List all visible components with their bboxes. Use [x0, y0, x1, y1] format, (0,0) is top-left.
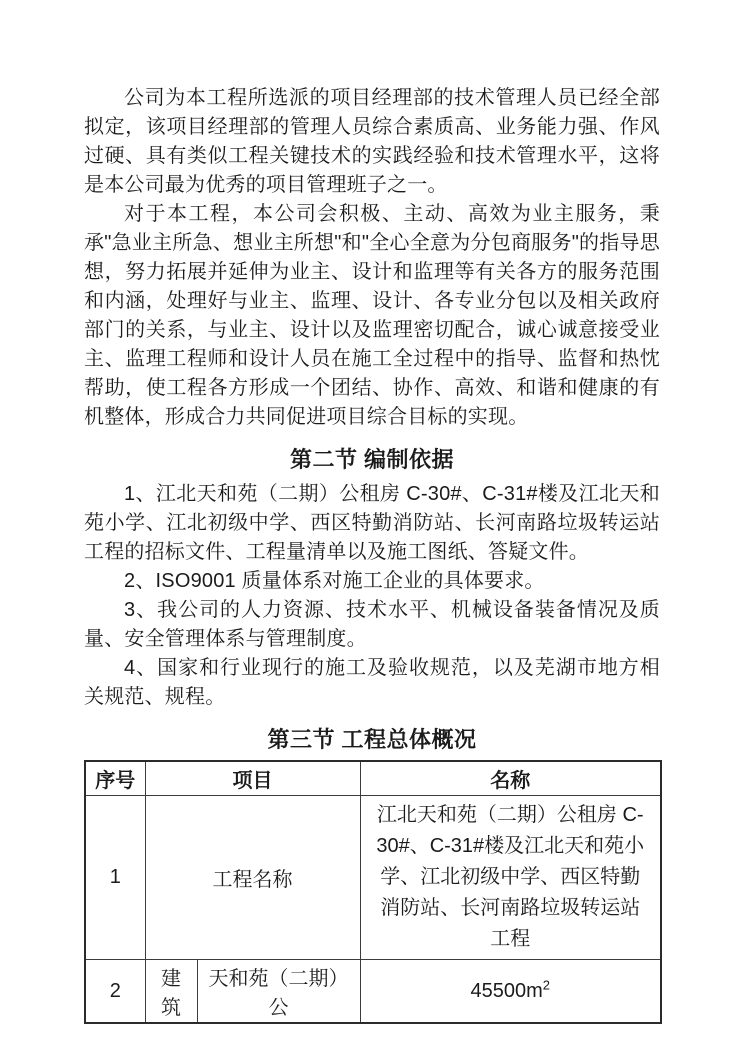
paragraph-owner-service: 对于本工程，本公司会积极、主动、高效为业主服务，秉承"急业主所急、想业主所想"和…: [84, 200, 660, 432]
row2-area-cell: 45500m2: [360, 960, 661, 1024]
section-2-heading: 第二节 编制依据: [84, 445, 660, 475]
header-cell-item: 项目: [145, 761, 360, 796]
header-cell-no: 序号: [85, 761, 145, 796]
table-row: 1 工程名称 江北天和苑（二期）公租房 C-30#、C-31#楼及江北天和苑小学…: [85, 796, 661, 960]
basis-item-2: 2、ISO9001 质量体系对施工企业的具体要求。: [84, 567, 660, 596]
header-cell-name: 名称: [360, 761, 661, 796]
row1-item-cell: 工程名称: [145, 796, 360, 960]
basis-item-4: 4、国家和行业现行的施工及验收规范，以及芜湖市地方相关规范、规程。: [84, 654, 660, 712]
row2-item-right-cell: 天和苑（二期）公: [197, 960, 360, 1024]
row2-item-left-cell: 建筑: [145, 960, 197, 1024]
row2-no-cell: 2: [85, 960, 145, 1024]
basis-item-1: 1、江北天和苑（二期）公租房 C-30#、C-31#楼及江北天和苑小学、江北初级…: [84, 480, 660, 567]
area-superscript: 2: [543, 977, 550, 992]
project-overview-table: 序号 项目 名称 1 工程名称 江北天和苑（二期）公租房 C-30#、C-31#…: [84, 760, 662, 1024]
section-3-heading: 第三节 工程总体概况: [84, 725, 660, 755]
page-content: 公司为本工程所选派的项目经理部的技术管理人员已经全部拟定，该项目经理部的管理人员…: [84, 0, 660, 1024]
table-row: 2 建筑 天和苑（二期）公 45500m2: [85, 960, 661, 1024]
row1-no-cell: 1: [85, 796, 145, 960]
paragraph-project-team: 公司为本工程所选派的项目经理部的技术管理人员已经全部拟定，该项目经理部的管理人员…: [84, 84, 660, 200]
table-header-row: 序号 项目 名称: [85, 761, 661, 796]
row1-name-cell: 江北天和苑（二期）公租房 C-30#、C-31#楼及江北天和苑小学、江北初级中学…: [360, 796, 661, 960]
basis-item-3: 3、我公司的人力资源、技术水平、机械设备装备情况及质量、安全管理体系与管理制度。: [84, 596, 660, 654]
area-value: 45500m: [470, 980, 542, 1002]
document-page: 公司为本工程所选派的项目经理部的技术管理人员已经全部拟定，该项目经理部的管理人员…: [0, 0, 744, 1052]
